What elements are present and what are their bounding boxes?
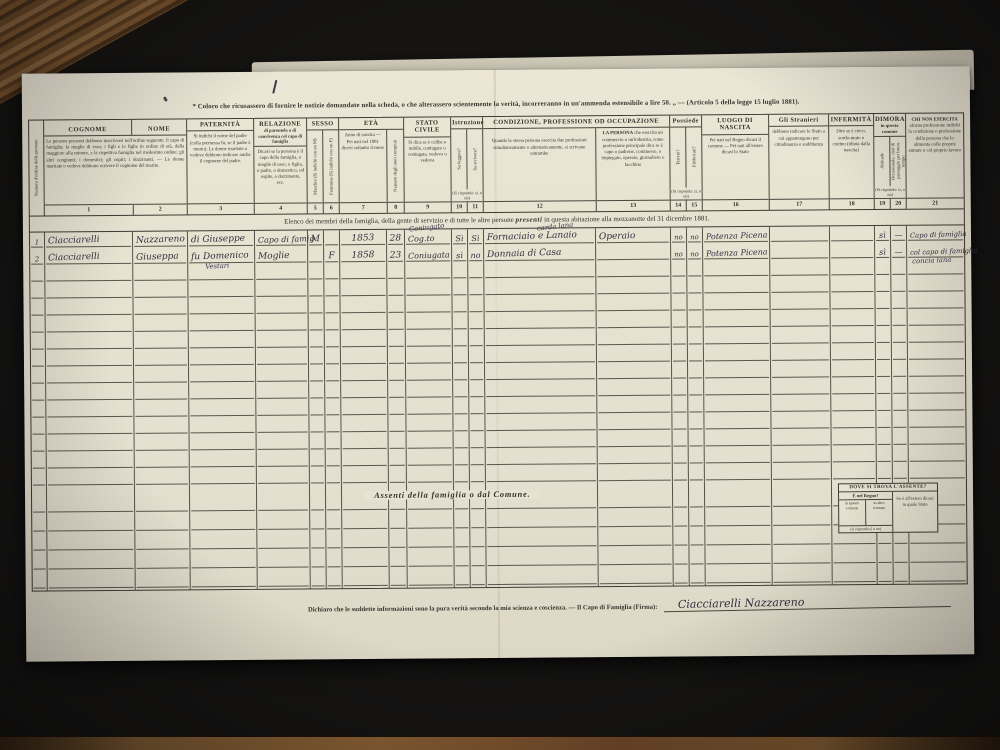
cell-fabbricati: no xyxy=(687,233,702,241)
col-numero-ordine: Numero d'ordine delle persone xyxy=(29,121,45,216)
dimora-title: DIMORAin questo comune xyxy=(874,114,905,137)
possiede-note: (Si risponda: sì, o no) xyxy=(671,187,702,199)
dove-si-trova-assente-box: DOVE SI TROVA L'ASSENTE? È nel Regno? in… xyxy=(838,483,938,534)
terreni-label: Terreni? xyxy=(675,150,680,165)
cell-nome: Giuseppa xyxy=(136,251,179,262)
abituale-label: Abituale xyxy=(879,153,884,169)
declaration-text: Dichiaro che le suddette informazioni so… xyxy=(308,604,658,614)
regno-note: (si risponda sì o no) xyxy=(839,525,892,532)
col-number-2: 2 xyxy=(133,204,187,214)
col-number-16: 16 xyxy=(703,200,769,211)
census-form-paper: * Coloro che ricusassero di fornire le n… xyxy=(22,66,975,661)
cell-infermita xyxy=(830,243,875,260)
col-number-18: 18 xyxy=(830,199,874,209)
numero-vertical-label: Numero d'ordine delle persone xyxy=(34,140,39,197)
sesso-title: SESSO xyxy=(307,118,338,131)
col-number-9: 9 xyxy=(405,202,451,212)
col-number-1: 1 xyxy=(45,205,133,216)
cell-dimora-abituale: sì xyxy=(875,231,890,240)
relazione-description: Dicasi se la persona è il capo della fam… xyxy=(254,147,306,203)
col-luogo-nascita: LUOGO DI NASCITA Pei nati nel Regno dica… xyxy=(702,115,770,211)
cell-sa-scrivere: no xyxy=(468,251,483,260)
col-number-11: 11 xyxy=(467,202,483,212)
in-questo-comune-label: in questo comune xyxy=(839,500,866,525)
elenco-prefix: Elenco dei membri della famiglia, della … xyxy=(284,216,515,226)
cell-anni-compiuti: 28 xyxy=(387,233,404,244)
col-condizione: CONDIZIONE, PROFESSIONE OD OCCUPAZIONE Q… xyxy=(483,116,671,212)
ink-mark xyxy=(272,80,277,94)
upper-rows-section: 1 Ciacciarelli Nazzareno di Giuseppe Cap… xyxy=(30,225,966,487)
col-number-10: 10 xyxy=(452,202,467,212)
paternita-title: PATERNITÀ xyxy=(187,119,253,132)
cell-professione: Fornaciaio e Lanaio xyxy=(487,230,577,243)
row-number: 1 xyxy=(30,238,44,246)
relazione-subtitle: di parentela o di convivenza col capo di… xyxy=(255,128,305,144)
elenco-highlight: presenti xyxy=(515,216,542,224)
col-number-8: 8 xyxy=(387,203,404,213)
table-header: Numero d'ordine delle persone COGNOME NO… xyxy=(29,113,964,216)
cell-la-persona: Operaio xyxy=(599,231,636,242)
head-of-family-signature: Ciacciarelli Nazzareno xyxy=(663,593,950,612)
cell-infermita xyxy=(830,226,875,243)
col-number-20: 20 xyxy=(890,199,906,209)
estero-label: Se è all'estero dicasi in quale Stato xyxy=(893,492,937,532)
cell-dimora-occasionale: — xyxy=(891,230,906,239)
due-professioni-description: Quando la stessa persona esercita due pr… xyxy=(483,129,596,202)
cell-luogo-nascita: Potenza Picena xyxy=(706,230,768,241)
cell-luogo-nascita: Potenza Picena xyxy=(706,247,768,258)
col-possiede: Possiede Terreni? Fabbricati? (Si rispon… xyxy=(670,115,703,210)
cell-sa-leggere: sì xyxy=(452,251,467,260)
cell-stato-civile: Cog.to xyxy=(408,234,435,244)
dove-box-regno: È nel Regno? in questo comunein altro co… xyxy=(839,492,893,532)
col-cognome-nome: COGNOME NOME Le persone presenti debbono… xyxy=(44,119,188,215)
eta-anni-label: Numero degli anni compiuti xyxy=(393,140,398,192)
col-stato-civile: STATO CIVILE Si dica se è celibe o nubil… xyxy=(404,117,452,212)
paternita-note: Vestari xyxy=(205,262,229,271)
census-table: Numero d'ordine delle persone COGNOME NO… xyxy=(28,112,968,591)
istruzione-title: Istruzione xyxy=(451,117,482,130)
empty-rows-upper xyxy=(30,259,966,487)
col-number-5: 5 xyxy=(308,203,323,213)
col-infermita: INFERMITÀ Dire se è cieco, sordo-muto o … xyxy=(829,114,875,209)
relazione-title: RELAZIONEdi parentela o di convivenza co… xyxy=(254,118,306,147)
fabbricati-label: Fabbricati? xyxy=(691,147,696,168)
col-paternita: PATERNITÀ Si indichi il nome del padre (… xyxy=(187,119,255,215)
cell-anno-nascita: 1853 xyxy=(340,233,386,244)
cell-sa-leggere: Sì xyxy=(452,234,467,243)
paternita-description: Si indichi il nome del padre (colla prem… xyxy=(187,131,254,203)
cell-sesso-m: M xyxy=(308,234,323,244)
cell-stranieri xyxy=(770,243,830,260)
eta-title: ETÀ xyxy=(339,118,403,131)
possiede-title: Possiede xyxy=(670,115,701,128)
cell-stato-civile: Coniugata xyxy=(408,250,450,260)
cell-stranieri xyxy=(770,226,830,243)
wood-table-edge xyxy=(0,736,1000,750)
declaration-line: Dichiaro che le suddette informazioni so… xyxy=(308,594,950,613)
la-persona-description: LA PERSONA che esercita un commercio o u… xyxy=(596,128,670,200)
col-number-4: 4 xyxy=(255,203,307,213)
cell-sa-scrivere: Sì xyxy=(468,234,483,243)
dimora-note: (Si risponda: sì, o no) xyxy=(875,186,906,198)
col-number-21: 21 xyxy=(907,198,964,208)
col-stranieri: Gli Stranieri debbono indicare lo Stato … xyxy=(769,114,830,209)
col-relazione: RELAZIONEdi parentela o di convivenza co… xyxy=(254,118,308,213)
col-dimora: DIMORAin questo comune Abituale Occasion… xyxy=(874,114,907,209)
col-istruzione: Istruzione Sa leggere? Sa scrivere? (Si … xyxy=(451,117,484,212)
assenti-title: Assenti della famiglia o dal Comune. xyxy=(364,490,540,500)
occasionale-label: Occasionale, cioè di passaggio per breve… xyxy=(890,137,906,185)
cell-fabbricati: no xyxy=(687,250,702,258)
col-number-14: 14 xyxy=(671,201,686,211)
cell-dimora-abituale: sì xyxy=(875,248,890,257)
col-number-12: 12 xyxy=(484,201,596,212)
col-number-19: 19 xyxy=(875,199,890,209)
col-eta: ETÀ Anno di nascita — Pei nati nel 1881 … xyxy=(339,118,405,214)
col-number-3: 3 xyxy=(188,204,254,215)
cell-relazione: Moglie xyxy=(258,251,290,262)
ink-dot xyxy=(163,96,168,102)
sa-scrivere-label: Sa scrivere? xyxy=(472,148,477,170)
cell-professione: Donnaia di Casa xyxy=(487,248,562,260)
la-persona-lead: LA PERSONA xyxy=(603,131,634,136)
stato-civile-title: STATO CIVILE xyxy=(404,117,450,137)
istruzione-note: (Si risponda: sì, o no) xyxy=(452,189,483,201)
in-altro-comune-label: in altro comune xyxy=(866,500,892,525)
cell-nome: Nazzareno xyxy=(136,234,185,246)
sesso-maschio-label: Maschio (Si indichi con un M) xyxy=(312,138,317,195)
col-chi-non-esercita: CHI NON ESERCITA alcuna professione indi… xyxy=(906,113,964,208)
col-number-6: 6 xyxy=(323,203,339,213)
chi-non-esercita-description: CHI NON ESERCITA alcuna professione indi… xyxy=(906,113,964,197)
chi-note: concia lana xyxy=(912,256,951,266)
stranieri-description: debbono indicare lo Stato a cui apparten… xyxy=(769,127,829,199)
col-number-17: 17 xyxy=(770,199,829,209)
cell-anni-compiuti: 23 xyxy=(387,250,404,261)
lower-rows-section xyxy=(32,507,967,590)
sesso-femmina-label: Femmina (Si indichi con un F) xyxy=(328,138,333,195)
cell-cognome: Ciacciarelli xyxy=(48,235,100,247)
infermita-title: INFERMITÀ xyxy=(829,114,873,127)
cell-dimora-occasionale: — xyxy=(891,247,906,256)
cell-cognome: Ciacciarelli xyxy=(48,252,100,264)
cell-terreni: no xyxy=(671,250,686,258)
cell-anno-nascita: 1858 xyxy=(340,250,386,261)
eta-anno-description: Anno di nascita — Pei nati nel 1881 dice… xyxy=(339,130,387,202)
stranieri-title: Gli Stranieri xyxy=(769,114,828,127)
col-number-13: 13 xyxy=(596,201,670,212)
col-number-7: 7 xyxy=(340,203,387,213)
dimora-subtitle: in questo comune xyxy=(875,123,904,134)
cognome-nome-description: Le persone presenti debbono inscriversi … xyxy=(44,135,187,204)
cell-paternita: di Giuseppe xyxy=(191,234,245,246)
chi-non-esercita-title: CHI NON ESERCITA xyxy=(911,117,957,122)
sa-leggere-label: Sa leggere? xyxy=(456,148,461,169)
cell-paternita: fu Domenico xyxy=(191,251,249,263)
stato-civile-description: Si dica se è celibe o nubile, coniugato … xyxy=(404,137,451,202)
cognome-title: COGNOME xyxy=(44,120,132,136)
cell-chi-non-esercita: Capo di famiglia xyxy=(910,230,967,240)
col-sesso: SESSO Maschio (Si indichi con un M) Femm… xyxy=(307,118,340,213)
infermita-description: Dire se è cieco, sordo-muto o cretino (i… xyxy=(829,126,874,198)
cell-terreni: no xyxy=(671,233,686,241)
cell-sesso-f: F xyxy=(324,251,339,261)
luogo-description: Pei nati nel Regno dicasi il comune — Pe… xyxy=(702,135,769,200)
row-number: 2 xyxy=(30,255,44,263)
nome-title: NOME xyxy=(132,119,186,134)
col-number-15: 15 xyxy=(686,200,702,210)
luogo-title: LUOGO DI NASCITA xyxy=(702,115,768,135)
